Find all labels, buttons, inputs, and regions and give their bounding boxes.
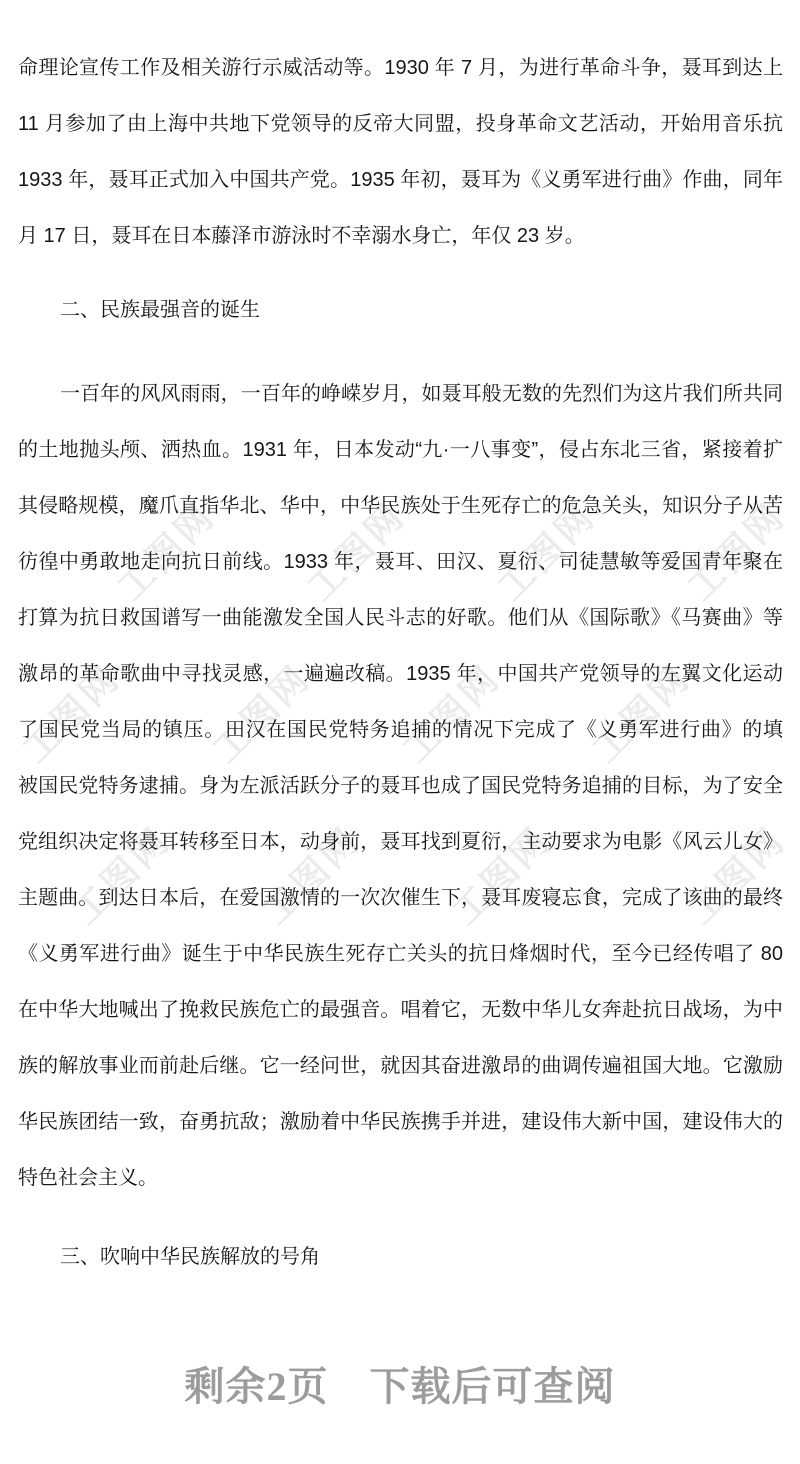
- document-content: 命理论宣传工作及相关游行示威活动等。1930 年 7 月，为进行革命斗争，聂耳到…: [0, 0, 800, 1285]
- text-line: 1933 年，聂耳正式加入中国共产党。1935 年初，聂耳为《义勇军进行曲》作曲…: [18, 152, 783, 208]
- text-line: 《义勇军进行曲》诞生于中华民族生死存亡关头的抗日烽烟时代，至今已经传唱了 80 …: [18, 926, 783, 982]
- text-line: 一百年的风风雨雨，一百年的峥嵘岁月，如聂耳般无数的先烈们为这片我们所共同热爱: [18, 366, 783, 422]
- text-line: 族的解放事业而前赴后继。它一经问世，就因其奋进激昂的曲调传遍祖国大地。它激励着中: [18, 1038, 783, 1094]
- text-line: 月 17 日，聂耳在日本藤泽市游泳时不幸溺水身亡，年仅 23 岁。: [18, 208, 783, 264]
- text-line: 特色社会主义。: [18, 1150, 783, 1206]
- paragraph-block: 一百年的风风雨雨，一百年的峥嵘岁月，如聂耳般无数的先烈们为这片我们所共同热爱的土…: [18, 366, 783, 1206]
- text-line: 华民族团结一致，奋勇抗敌；激励着中华民族携手并进，建设伟大新中国，建设伟大的中国: [18, 1094, 783, 1150]
- remaining-pages-banner: 剩余2页 下载后可查阅: [0, 1355, 800, 1412]
- text-line: 主题曲。到达日本后，在爱国激情的一次次催生下，聂耳废寝忘食，完成了该曲的最终定稿…: [18, 870, 783, 926]
- text-line: 11 月参加了由上海中共地下党领导的反帝大同盟，投身革命文艺活动，开始用音乐抗战…: [18, 96, 783, 152]
- text-line: 打算为抗日救国谱写一曲能激发全国人民斗志的好歌。他们从《国际歌》《马赛曲》等慷慨: [18, 590, 783, 646]
- text-line: 党组织决定将聂耳转移至日本，动身前，聂耳找到夏衍，主动要求为电影《风云儿女》谱写: [18, 814, 783, 870]
- section-heading-block: 三、吹响中华民族解放的号角: [18, 1229, 783, 1285]
- paragraph-block: 命理论宣传工作及相关游行示威活动等。1930 年 7 月，为进行革命斗争，聂耳到…: [18, 40, 783, 264]
- section-heading: 三、吹响中华民族解放的号角: [18, 1229, 783, 1285]
- text-line: 其侵略规模，魔爪直指华北、华中，中华民族处于生死存亡的危急关头，知识分子从苦闷、: [18, 478, 783, 534]
- section-heading-block: 二、民族最强音的诞生: [18, 282, 783, 338]
- document-page: 工图网工图网工图网工图网工图网工图网工图网工图网工图网工图网工图网工图网 命理论…: [0, 0, 800, 1464]
- section-heading: 二、民族最强音的诞生: [18, 282, 783, 338]
- text-line: 被国民党特务逮捕。身为左派活跃分子的聂耳也成了国民党特务追捕的目标，为了安全起见…: [18, 758, 783, 814]
- text-line: 彷徨中勇敢地走向抗日前线。1933 年，聂耳、田汉、夏衍、司徒慧敏等爱国青年聚在…: [18, 534, 783, 590]
- text-line: 命理论宣传工作及相关游行示威活动等。1930 年 7 月，为进行革命斗争，聂耳到…: [18, 40, 783, 96]
- text-line: 激昂的革命歌曲中寻找灵感，一遍遍改稿。1935 年，中国共产党领导的左翼文化运动…: [18, 646, 783, 702]
- text-line: 的土地抛头颅、洒热血。1931 年，日本发动“九·一八事变”，侵占东北三省，紧接…: [18, 422, 783, 478]
- text-line: 在中华大地喊出了挽救民族危亡的最强音。唱着它，无数中华儿女奔赴抗日战场，为中华民: [18, 982, 783, 1038]
- text-line: 了国民党当局的镇压。田汉在国民党特务追捕的情况下完成了《义勇军进行曲》的填词，后: [18, 702, 783, 758]
